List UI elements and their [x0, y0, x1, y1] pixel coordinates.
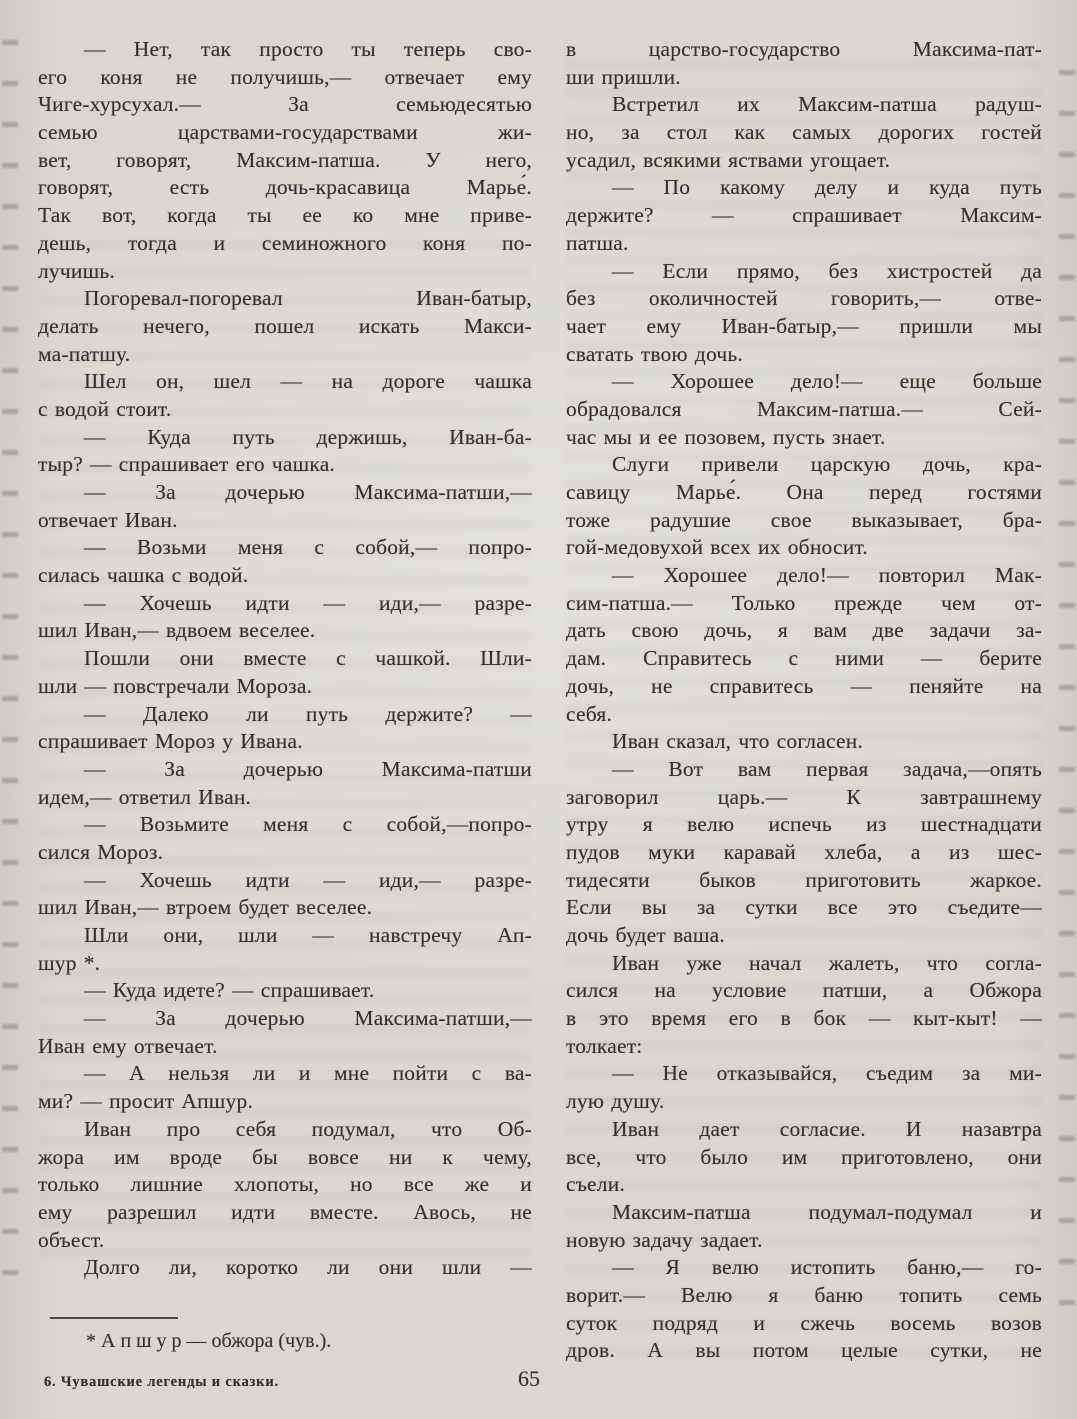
text-line: гой-медовухой всех их обносит. [566, 534, 1042, 562]
paragraph: — Вот вам первая задача,—опятьзаговорил … [566, 756, 1042, 950]
scan-edge-marks-left [2, 40, 18, 1290]
text-line: объест. [38, 1227, 532, 1255]
text-line: силась чашка с водой. [38, 562, 532, 590]
text-line: толкает: [566, 1033, 1042, 1061]
text-line: сился Мороз. [38, 839, 532, 867]
text-line: — Возьмите меня с собой,—попро- [38, 811, 532, 839]
page-number: 65 [518, 1366, 540, 1392]
text-line: савицу Марье́. Она перед гостями [566, 479, 1042, 507]
paragraph: Шли они, шли — навстречу Ап-шур *. [38, 922, 532, 977]
paragraph: — Я велю истопить баню,— го-ворит.— Велю… [566, 1254, 1042, 1365]
paragraph: — Если прямо, без хистростей дабез околи… [566, 258, 1042, 369]
text-line: но, за стол как самых дорогих гостей [566, 119, 1042, 147]
text-line: — Далеко ли путь держите? — [38, 701, 532, 729]
paragraph: Погоревал-погоревал Иван-батыр,делать не… [38, 285, 532, 368]
footnote: * А п ш у р — обжора (чув.). [38, 1328, 532, 1355]
text-line: — Возьми меня с собой,— попро- [38, 534, 532, 562]
text-line: ми? — просит Апшур. [38, 1088, 532, 1116]
text-line: обрадовался Максим-патша.— Сей- [566, 396, 1042, 424]
text-line: — Хочешь идти — иди,— разре- [38, 590, 532, 618]
text-line: утру я велю испечь из шестнадцати [566, 811, 1042, 839]
text-line: его коня не получишь,— отвечает ему [38, 64, 532, 92]
text-line: съели. [566, 1171, 1042, 1199]
text-line: — Нет, так просто ты теперь сво- [38, 36, 532, 64]
text-line: Иван сказал, что согласен. [566, 728, 1042, 756]
text-line: Слуги привели царскую дочь, кра- [566, 451, 1042, 479]
text-line: суток подряд и сжечь восемь возов [566, 1310, 1042, 1338]
text-line: Пошли они вместе с чашкой. Шли- [38, 645, 532, 673]
text-line: идем,— ответил Иван. [38, 784, 532, 812]
text-line: шур *. [38, 950, 532, 978]
text-line: чает ему Иван-батыр,— пришли мы [566, 313, 1042, 341]
text-line: Максим-патша подумал-подумал и [566, 1199, 1042, 1227]
text-line: — Вот вам первая задача,—опять [566, 756, 1042, 784]
text-line: Иван дает согласие. И назавтра [566, 1116, 1042, 1144]
text-line: дочь будет ваша. [566, 922, 1042, 950]
text-line: делать нечего, пошел искать Макси- [38, 313, 532, 341]
text-line: Шел он, шел — на дороге чашка [38, 368, 532, 396]
paragraph: Пошли они вместе с чашкой. Шли-шли — пов… [38, 645, 532, 700]
text-line: — Не отказывайся, съедим за ми- [566, 1060, 1042, 1088]
text-line: Погоревал-погоревал Иван-батыр, [38, 285, 532, 313]
text-line: Встретил их Максим-патша радуш- [566, 91, 1042, 119]
paragraph: — Далеко ли путь держите? —спрашивает Мо… [38, 701, 532, 756]
text-line: шил Иван,— вдвоем веселее. [38, 617, 532, 645]
paragraph: Иван уже начал жалеть, что согла-сился н… [566, 950, 1042, 1061]
text-line: дать свою дочь, я вам две задачи за- [566, 617, 1042, 645]
text-line: тоже радушие свое выказывает, бра- [566, 507, 1042, 535]
text-line: без околичностей говорить,— отве- [566, 285, 1042, 313]
text-line: себя. [566, 701, 1042, 729]
paragraph: Иван дает согласие. И назавтравсе, что б… [566, 1116, 1042, 1199]
text-line: тидесяти быков приготовить жаркое. [566, 867, 1042, 895]
paragraph: — Не отказывайся, съедим за ми-лую душу. [566, 1060, 1042, 1115]
text-line: лучишь. [38, 258, 532, 286]
paragraph: Слуги привели царскую дочь, кра-савицу М… [566, 451, 1042, 562]
text-line: заговорил царь.— К завтрашнему [566, 784, 1042, 812]
text-line: — За дочерью Максима-патши,— [38, 1005, 532, 1033]
paragraph: в царство-государство Максима-пат-ши при… [566, 36, 1042, 91]
text-line: дров. А вы потом целые сутки, не [566, 1337, 1042, 1365]
text-line: ворит.— Велю я баню топить семь [566, 1282, 1042, 1310]
text-line: — Хочешь идти — иди,— разре- [38, 867, 532, 895]
text-line: в царство-государство Максима-пат- [566, 36, 1042, 64]
paragraph: — По какому делу и куда путьдержите? — с… [566, 174, 1042, 257]
text-line: — Куда путь держишь, Иван-ба- [38, 424, 532, 452]
text-line: новую задачу задает. [566, 1227, 1042, 1255]
text-line: все, что было им приготовлено, они [566, 1144, 1042, 1172]
text-line: в это время его в бок — кыт-кыт! — [566, 1005, 1042, 1033]
text-line: отвечает Иван. [38, 507, 532, 535]
text-line: Так вот, когда ты ее ко мне приве- [38, 202, 532, 230]
text-line: дешь, тогда и семиножного коня по- [38, 230, 532, 258]
text-line: усадил, всякими яствами угощает. [566, 147, 1042, 175]
text-line: семью царствами-государствами жи- [38, 119, 532, 147]
text-line: сим-патша.— Только прежде чем от- [566, 590, 1042, 618]
paragraph: Иван сказал, что согласен. [566, 728, 1042, 756]
scan-edge-marks-right [1059, 70, 1075, 1320]
text-line: ему разрешил идти вместе. Авось, не [38, 1199, 532, 1227]
footer-signature: 6. Чувашские легенды и сказки. [44, 1374, 279, 1391]
paragraph: — Хочешь идти — иди,— разре-шил Иван,— в… [38, 590, 532, 645]
footnote-rule [50, 1317, 178, 1319]
text-line: час мы и ее позовем, пусть знает. [566, 424, 1042, 452]
text-line: шил Иван,— втроем будет веселее. [38, 894, 532, 922]
text-line: Чиге-хурсухал.— За семьюдесятью [38, 91, 532, 119]
text-line: только лишние хлопоты, но все же и [38, 1171, 532, 1199]
text-column-right: в царство-государство Максима-пат-ши при… [566, 36, 1042, 1365]
paragraph: — Возьми меня с собой,— попро-силась чаш… [38, 534, 532, 589]
text-line: — За дочерью Максима-патши,— [38, 479, 532, 507]
paragraph: — Нет, так просто ты теперь сво-его коня… [38, 36, 532, 285]
text-line: Иван ему отвечает. [38, 1033, 532, 1061]
text-line: шли — повстречали Мороза. [38, 673, 532, 701]
paragraph: — Хочешь идти — иди,— разре-шил Иван,— в… [38, 867, 532, 922]
paragraph: Максим-патша подумал-подумал иновую зада… [566, 1199, 1042, 1254]
text-line: патша. [566, 230, 1042, 258]
paragraph: — Куда идете? — спрашивает. [38, 977, 532, 1005]
text-line: — Если прямо, без хистростей да [566, 258, 1042, 286]
text-line: дочь, не справитесь — пеняйте на [566, 673, 1042, 701]
text-line: — А нельзя ли и мне пойти с ва- [38, 1060, 532, 1088]
paragraph: — За дочерью Максима-патши,—отвечает Ива… [38, 479, 532, 534]
scanned-book-page: { "page": { "number": "65", "footer_sign… [0, 0, 1077, 1419]
text-line: — Хорошее дело!— повторил Мак- [566, 562, 1042, 590]
text-line: дам. Справитесь с ними — берите [566, 645, 1042, 673]
text-line: — Куда идете? — спрашивает. [38, 977, 532, 1005]
paragraph: — Куда путь держишь, Иван-ба-тыр? — спра… [38, 424, 532, 479]
text-line: пудов муки каравай хлеба, а из шес- [566, 839, 1042, 867]
paragraph: Иван про себя подумал, что Об-жора им вр… [38, 1116, 532, 1254]
text-line: сился на условие патши, а Обжора [566, 977, 1042, 1005]
text-line: говорят, есть дочь-красавица Марье́. [38, 174, 532, 202]
text-line: Шли они, шли — навстречу Ап- [38, 922, 532, 950]
text-line: с водой стоит. [38, 396, 532, 424]
text-line: жора им вроде бы вовсе ни к чему, [38, 1144, 532, 1172]
text-line: — По какому делу и куда путь [566, 174, 1042, 202]
paragraph: Долго ли, коротко ли они шли — [38, 1254, 532, 1282]
text-line: — За дочерью Максима-патши [38, 756, 532, 784]
text-column-left: — Нет, так просто ты теперь сво-его коня… [38, 36, 532, 1282]
text-line: спрашивает Мороз у Ивана. [38, 728, 532, 756]
text-line: Долго ли, коротко ли они шли — [38, 1254, 532, 1282]
text-line: вет, говорят, Максим-патша. У него, [38, 147, 532, 175]
paragraph: — Хорошее дело!— еще большеобрадовался М… [566, 368, 1042, 451]
text-line: сватать твою дочь. [566, 341, 1042, 369]
text-line: тыр? — спрашивает его чашка. [38, 451, 532, 479]
text-line: ши пришли. [566, 64, 1042, 92]
text-line: лую душу. [566, 1088, 1042, 1116]
text-line: ма-патшу. [38, 341, 532, 369]
paragraph: — За дочерью Максима-патшиидем,— ответил… [38, 756, 532, 811]
text-line: — Я велю истопить баню,— го- [566, 1254, 1042, 1282]
paragraph: — Возьмите меня с собой,—попро-сился Мор… [38, 811, 532, 866]
paragraph: — Хорошее дело!— повторил Мак-сим-патша.… [566, 562, 1042, 728]
text-line: держите? — спрашивает Максим- [566, 202, 1042, 230]
text-line: Иван уже начал жалеть, что согла- [566, 950, 1042, 978]
paragraph: Шел он, шел — на дороге чашкас водой сто… [38, 368, 532, 423]
paragraph: — За дочерью Максима-патши,—Иван ему отв… [38, 1005, 532, 1060]
paragraph: Встретил их Максим-патша радуш-но, за ст… [566, 91, 1042, 174]
text-line: Если вы за сутки все это съедите— [566, 894, 1042, 922]
text-line: Иван про себя подумал, что Об- [38, 1116, 532, 1144]
text-line: — Хорошее дело!— еще больше [566, 368, 1042, 396]
paragraph: — А нельзя ли и мне пойти с ва-ми? — про… [38, 1060, 532, 1115]
